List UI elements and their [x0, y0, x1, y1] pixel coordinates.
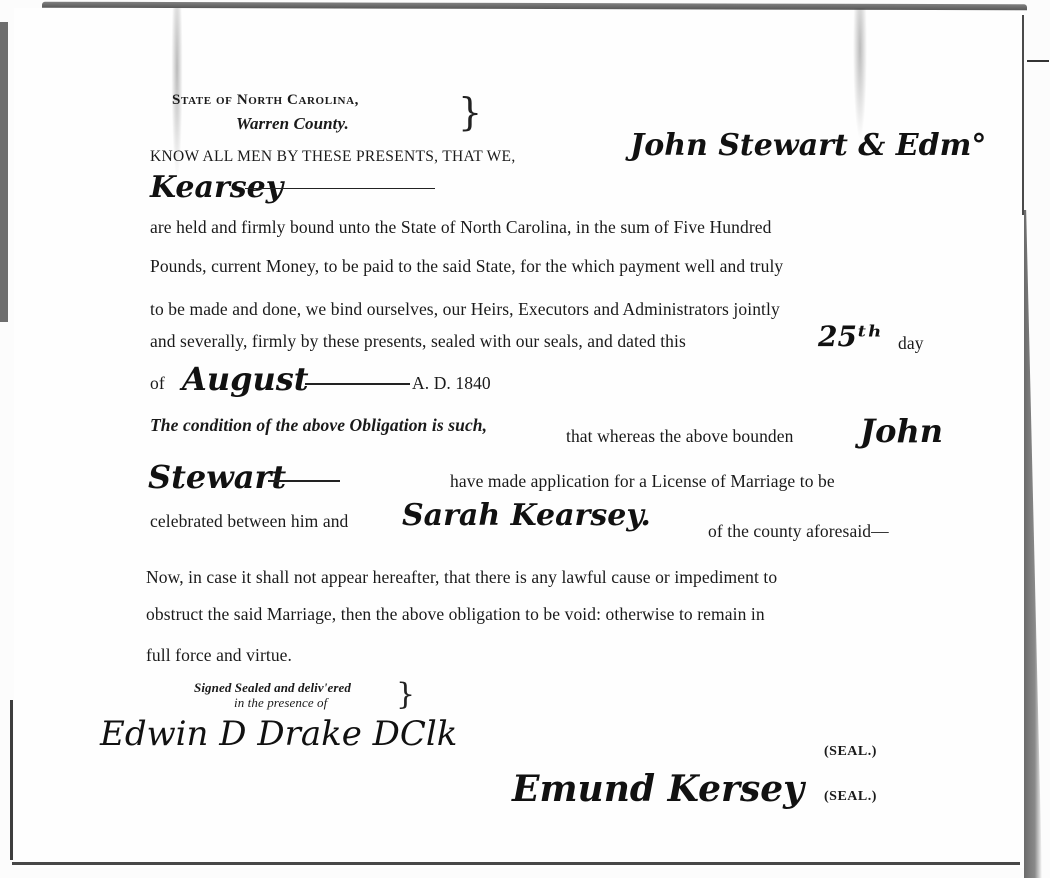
day-handwritten: 25ᵗʰ	[818, 320, 882, 353]
groom-handwritten-2: Stewart	[148, 458, 286, 496]
paper-right-shadow	[1024, 210, 1042, 878]
obligors-handwritten-1: John Stewart & Edm°	[630, 128, 986, 163]
month-handwritten: August	[182, 360, 309, 398]
header-brace: }	[458, 94, 482, 130]
body-line-now: Now, in case it shall not appear hereaft…	[146, 567, 777, 588]
month-fill-line	[305, 383, 410, 385]
condition-rest: that whereas the above bounden	[566, 426, 794, 447]
groom-handwritten-1: John	[860, 412, 943, 450]
witness-signature: Edwin D Drake DClk	[100, 714, 457, 754]
intro-text: KNOW ALL MEN BY THESE PRESENTS, THAT WE,	[150, 148, 516, 166]
condition-italic: The condition of the above Obligation is…	[150, 415, 487, 436]
body-line-5-prefix: of	[150, 373, 165, 394]
header-county: Warren County.	[236, 114, 349, 134]
year-label: A. D. 1840	[412, 373, 491, 394]
witness-label-2: in the presence of	[234, 695, 327, 711]
application-text: have made application for a License of M…	[450, 471, 835, 492]
county-aforesaid: of the county aforesaid—	[708, 521, 889, 542]
body-line-full: full force and virtue.	[146, 645, 292, 666]
scanned-document: State of North Carolina, Warren County. …	[0, 0, 1050, 878]
paper-bottom-edge	[12, 862, 1020, 865]
witness-brace: }	[396, 680, 415, 710]
seal-2: (SEAL.)	[824, 789, 877, 805]
paper-left-edge	[0, 22, 8, 322]
seal-1: (SEAL.)	[824, 744, 877, 760]
groom-fill-line	[268, 480, 340, 482]
obligor-signature: Emund Kersey	[512, 768, 804, 810]
body-line-4-prefix: and severally, firmly by these presents,…	[150, 331, 686, 352]
body-line-1: are held and firmly bound unto the State…	[150, 217, 771, 238]
header-state: State of North Carolina,	[172, 92, 359, 109]
bride-handwritten: Sarah Kearsey.	[402, 498, 651, 533]
body-line-4-suffix: day	[898, 333, 924, 354]
witness-label-1: Signed Sealed and deliv'ered	[194, 680, 351, 696]
paper-left-edge-lower	[10, 700, 13, 860]
fill-line	[245, 188, 435, 189]
body-line-obstruct: obstruct the said Marriage, then the abo…	[146, 604, 765, 625]
celebrated-prefix: celebrated between him and	[150, 511, 348, 532]
paper-right-edge	[1022, 15, 1024, 215]
body-line-2: Pounds, current Money, to be paid to the…	[150, 256, 783, 277]
body-line-3: to be made and done, we bind ourselves, …	[150, 299, 780, 320]
edge-mark	[1027, 60, 1049, 62]
